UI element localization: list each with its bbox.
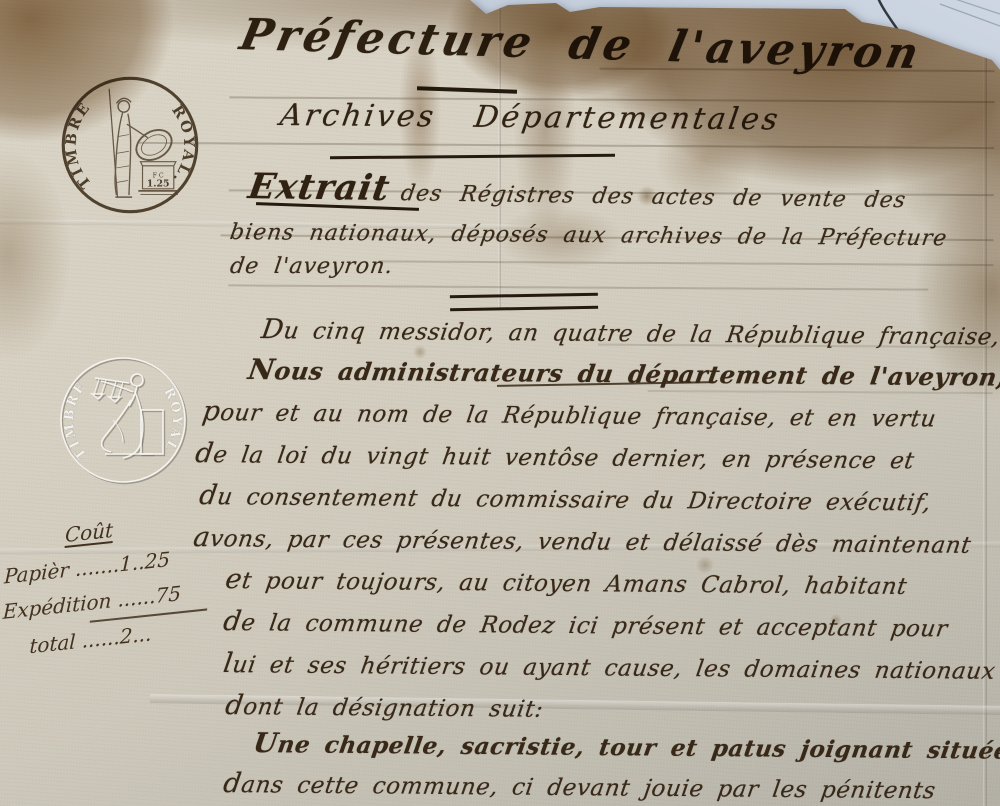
timbre-royal-ink-stamp: TIMBRE ROYAL. F C 1.25 xyxy=(57,72,203,218)
justice-figure xyxy=(61,358,185,482)
embossed-text-timbre: TIMBRE xyxy=(62,378,91,461)
manuscript-line: du consentement du commissaire du Direct… xyxy=(197,480,933,517)
section-double-rule xyxy=(450,293,598,312)
manuscript-photo: TIMBRE ROYAL. F C 1.25 xyxy=(0,0,1000,806)
title-underline xyxy=(417,86,517,93)
manuscript-line: de la commune de Rodez ici présent et ac… xyxy=(221,606,950,643)
manuscript-line: de la loi du vingt huit ventôse dernier,… xyxy=(193,438,916,475)
stamp-denomination-value: 1.25 xyxy=(147,179,170,190)
extract-line3: de l'aveyron. xyxy=(228,254,395,279)
subtitle-underline xyxy=(330,154,615,159)
timbre-royal-embossed-stamp: TIMBRE ROYAL xyxy=(50,350,196,490)
manuscript-line: avons, par ces présentes, vendu et délai… xyxy=(191,522,973,560)
ruled-line xyxy=(378,260,993,265)
ruled-line xyxy=(228,284,928,290)
manuscript-line: Une chapelle, sacristie, tour et patus j… xyxy=(251,728,1000,766)
cost-margin-note: Coût Papièr .......1..25 Expédition ....… xyxy=(1,500,237,668)
manuscript-line: dans cette commune, ci devant jouie par … xyxy=(221,768,938,805)
ruled-line xyxy=(139,142,994,149)
extract-line2: biens nationaux, déposés aux archives de… xyxy=(228,220,949,251)
svg-text:TIMBRE: TIMBRE xyxy=(62,378,91,461)
document-subtitle: Archives Départementales xyxy=(278,98,783,137)
manuscript-line: Du cinq messidor, an quatre de la Républ… xyxy=(259,314,1000,351)
manuscript-paper: TIMBRE ROYAL. F C 1.25 xyxy=(0,0,1000,806)
manuscript-line: lui et ses héritiers ou ayant cause, les… xyxy=(221,648,998,686)
manuscript-line: dont la désignation suit: xyxy=(223,690,545,724)
manuscript-line: pour et au nom de la République français… xyxy=(200,396,938,433)
manuscript-line: Nous administrateurs du département de l… xyxy=(246,352,1000,393)
svg-text:ROYAL.: ROYAL. xyxy=(168,102,197,188)
extract-opening-line: Extraitdes Régistres des actes de vente … xyxy=(246,166,910,216)
right-edge-fold xyxy=(983,58,987,806)
stamp-text-timbre: TIMBRE xyxy=(62,98,94,191)
extract-line1-rest: des Régistres des actes de vente des xyxy=(399,181,908,213)
paper-wrap: TIMBRE ROYAL. F C 1.25 xyxy=(0,0,1000,806)
document-title: Préfecture de l'aveyron xyxy=(236,10,927,79)
stamp-text-royal: ROYAL. xyxy=(168,102,197,188)
svg-text:TIMBRE: TIMBRE xyxy=(62,98,94,191)
manuscript-line: et pour toujours, au citoyen Amans Cabro… xyxy=(223,564,909,601)
